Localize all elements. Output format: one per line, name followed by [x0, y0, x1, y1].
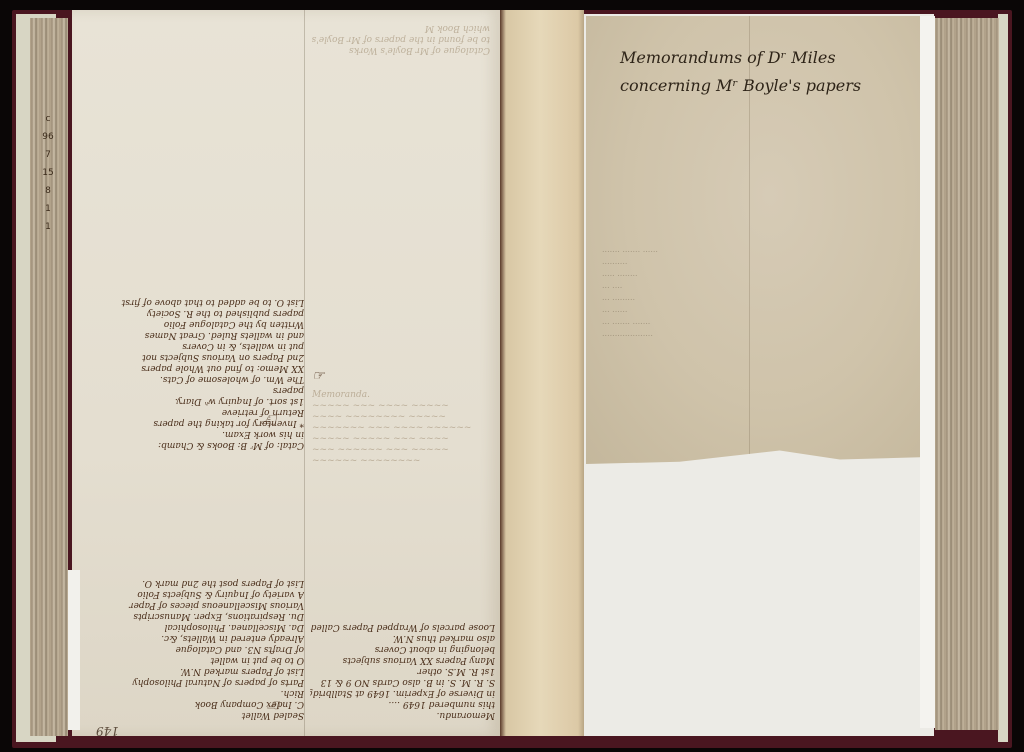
- note-line: papers published to the R. Society: [84, 307, 304, 318]
- gutter-notes: Memorandu. this numbered 1649 .... in Di…: [310, 610, 495, 720]
- note-line: 2nd Papers on Various Subjects not: [84, 351, 304, 362]
- note-line: S. R. M. S. in B. also Cards NO 9 & 13: [310, 676, 495, 687]
- note-line: and in wallets Ruled. Great Names: [84, 329, 304, 340]
- note-line: O to be put in wallet: [84, 654, 304, 665]
- mount-strip: [920, 16, 935, 728]
- note-line: belonging in about Covers: [310, 643, 495, 654]
- edge-mark: 1: [38, 200, 58, 218]
- note-line: XX Memo: to find out Whole papers: [84, 362, 304, 373]
- bleed-through-text: Catalogue of Mr Boyle's Works to be foun…: [310, 22, 490, 55]
- note-line: also marked thus N.W.: [310, 632, 495, 643]
- memorandum-slip: Memorandums of Dʳ Miles concerning Mʳ Bo…: [586, 16, 920, 464]
- manicule-icon: ☞: [262, 408, 280, 432]
- fore-edge-marks: c 96 7 15 8 1 1: [38, 110, 58, 236]
- bleed-through-body: Memoranda. ~~~~~ ~~~ ~~~~ ~~~~~ ~~~~ ~~~…: [312, 390, 492, 467]
- memo-title: Memorandums of Dʳ Miles concerning Mʳ Bo…: [620, 44, 861, 100]
- memo-title-line-2: concerning Mʳ Boyle's papers: [620, 72, 861, 100]
- note-line: Catal: of Mʳ B: Books & Chamb:: [84, 439, 304, 450]
- note-line: Various Miscellaneous pieces of Paper: [84, 599, 304, 610]
- inner-leaf-edge: [68, 570, 80, 730]
- memo-title-line-1: Memorandums of Dʳ Miles: [620, 44, 861, 72]
- note-line: Memorandu.: [310, 709, 495, 720]
- note-line: List O. to be added to that above of fir…: [84, 296, 304, 307]
- right-fore-edge: [935, 18, 999, 730]
- note-line: papers: [84, 384, 304, 395]
- note-line: Parts of papers of Natural Philosophy: [84, 676, 304, 687]
- note-line: 1st R. M.S. other: [310, 665, 495, 676]
- lower-notes: Sealed Wallet C. Index Company Book Rich…: [84, 510, 304, 720]
- spine-gutter: [500, 10, 584, 736]
- memo-faint-text: ....... ....... ...... .......... ..... …: [602, 244, 722, 340]
- edge-mark: 96: [38, 128, 58, 146]
- note-line: Many Papers XX Various subjects: [310, 654, 495, 665]
- note-line: List of Papers marked N.W.: [84, 665, 304, 676]
- note-line: of Drafts N3. and Catalogue: [84, 643, 304, 654]
- edge-mark: 7: [38, 146, 58, 164]
- pointing-hand-icon: ☞: [312, 368, 325, 384]
- edge-mark: 8: [38, 182, 58, 200]
- edge-mark: 15: [38, 164, 58, 182]
- edge-mark: c: [38, 110, 58, 128]
- note-line: A variety of Inquiry & Subjects Folio: [84, 588, 304, 599]
- right-endpaper: [998, 14, 1008, 742]
- note-line: Da. Miscellanea. Philosophical: [84, 621, 304, 632]
- note-line: Loose parcels of Wrapped Papers Called o…: [310, 621, 495, 632]
- note-line: Du. Respirations, Exper. Manuscripts: [84, 610, 304, 621]
- note-line: The Wm. of wholesome of Cats.: [84, 373, 304, 384]
- folio-number: 149: [96, 724, 119, 738]
- edge-mark: 1: [38, 218, 58, 236]
- note-line: Written by the Catalogue Folio: [84, 318, 304, 329]
- left-page: Catalogue of Mr Boyle's Works to be foun…: [72, 10, 500, 736]
- note-line: 1st sort. of Inquiry wʰ Diary.: [84, 395, 304, 406]
- note-line: in Diverse of Experim. 1649 at Stallbrid…: [310, 687, 495, 698]
- note-line: List of Papers post the 2nd mark O.: [84, 577, 304, 588]
- note-line: put in wallets, & in Covers: [84, 340, 304, 351]
- page-fold: [304, 10, 305, 736]
- note-line: this numbered 1649 ....: [310, 698, 495, 709]
- note-line: Already entered in Wallets, &c.: [84, 632, 304, 643]
- manicule-icon: ☞: [268, 696, 282, 715]
